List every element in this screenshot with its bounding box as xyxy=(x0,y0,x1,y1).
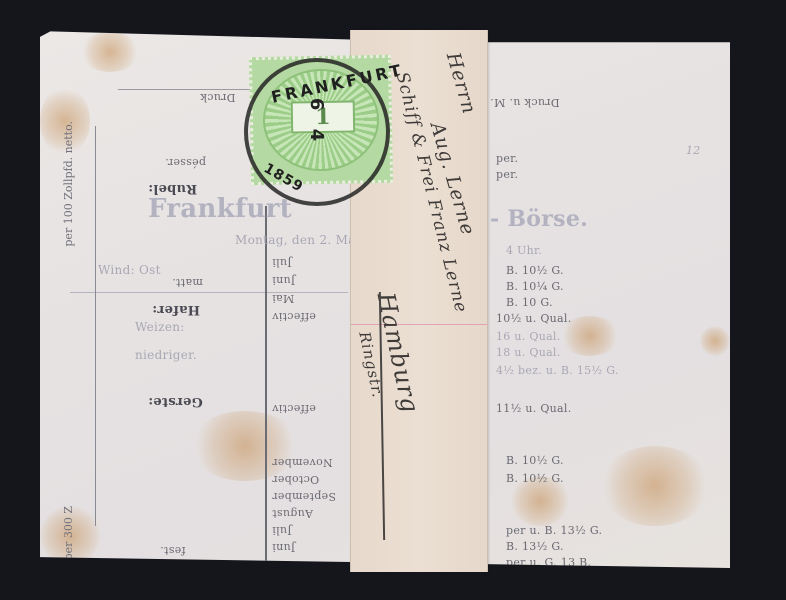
price-row: 10½ u. Qual. xyxy=(496,312,572,325)
per-text: per. xyxy=(496,168,518,181)
column-rule xyxy=(265,206,267,566)
month-label: Juni xyxy=(272,541,295,554)
price-row: 18 u. Qual. xyxy=(496,346,561,359)
postmark-date: 6 4 xyxy=(306,98,327,147)
price-row: per u. B. 13½ G. xyxy=(506,524,602,537)
header-druck-right: Druck u. M. xyxy=(490,96,560,109)
price-row: B. 10½ G. xyxy=(506,454,564,467)
price-row: 16 u. Qual. xyxy=(496,330,561,343)
uhr-faint: 4 Uhr. xyxy=(506,244,542,257)
niedriger-faint: niedriger. xyxy=(135,348,197,362)
address-line: Herrn xyxy=(442,50,481,117)
price-row: B. 10½ G. xyxy=(506,264,564,277)
price-row: B. 13½ G. xyxy=(506,540,564,553)
price-row: per u. G. 13 B. xyxy=(506,556,591,569)
per-text: per. xyxy=(496,152,518,165)
vertical-unit-bottom: per 300 Z xyxy=(62,506,75,560)
price-row: 11½ u. Qual. xyxy=(496,402,572,415)
boerse-faint: - Börse. xyxy=(490,206,588,232)
month-label: Mai xyxy=(272,558,294,571)
month-label: Juli xyxy=(272,256,292,269)
month-label: November xyxy=(272,456,333,469)
vertical-unit-top: per 100 Zollpfd. netto. xyxy=(62,121,75,247)
header-druck: Druck xyxy=(200,91,236,104)
month-label: Juni xyxy=(272,274,295,287)
price-row: B. 10¼ G. xyxy=(506,280,564,293)
month-label: effectiv xyxy=(272,310,316,323)
montag-faint: Montag, den 2. Mai xyxy=(235,233,360,247)
month-label: October xyxy=(272,473,319,486)
month-label: August xyxy=(272,507,313,520)
right-printed-panel: Druck u. M. per. per. - Börse. 4 Uhr. B.… xyxy=(486,26,730,568)
gerste-label: Gerste: xyxy=(148,394,203,409)
hafer-label: Hafer: xyxy=(152,302,200,317)
month-label: Mai xyxy=(272,292,294,305)
weizen-faint: Weizen: xyxy=(135,320,185,334)
month-label: September xyxy=(272,490,336,503)
wind-faint: Wind: Ost xyxy=(98,263,161,277)
pencil-mark: 12 xyxy=(686,144,701,157)
pink-ruled-line xyxy=(351,324,487,325)
matt-text: matt. xyxy=(172,276,203,289)
month-label: Juli xyxy=(272,524,292,537)
fest-text: fest. xyxy=(160,544,186,557)
fold-line xyxy=(95,126,96,526)
frankfurt-faint: Frankfurt xyxy=(148,194,292,224)
price-row: B. 10½ G. xyxy=(506,472,564,485)
price-row: 4½ bez. u. B. 15½ G. xyxy=(496,364,619,377)
price-row: B. 10 G. xyxy=(506,296,553,309)
month-label: effectiv xyxy=(272,402,316,415)
rule xyxy=(70,292,348,293)
pesser-text: pésser. xyxy=(165,156,206,169)
